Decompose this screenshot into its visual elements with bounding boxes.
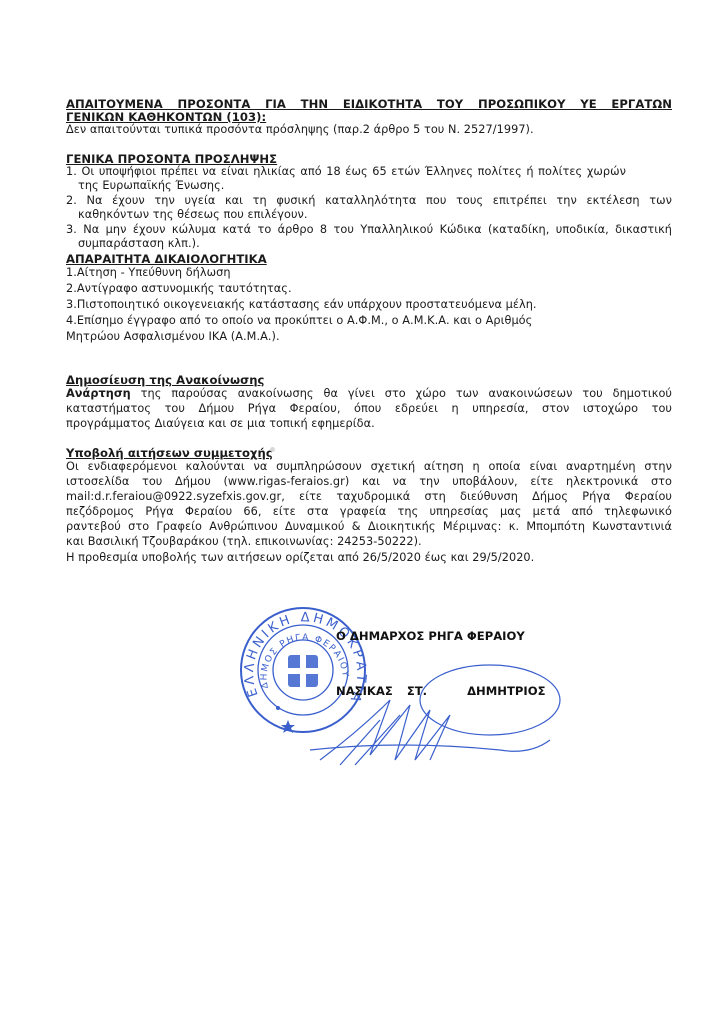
general-line: 3. Να μην έχουν κώλυμα κατά το άρθρο 8 τ…	[66, 223, 672, 237]
publication-heading: Δημοσίευση της Ανακοίνωσης	[66, 373, 264, 387]
general-heading: ΓΕΝΙΚΑ ΠΡΟΣΟΝΤΑ ΠΡΟΣΛΗΨΗΣ	[66, 152, 277, 166]
requirements-heading-line1: ΑΠΑΙΤΟΥΜΕΝΑ ΠΡΟΣΟΝΤΑ ΓΙΑ ΤΗΝ ΕΙΔΙΚΟΤΗΤΑ …	[66, 97, 672, 111]
documents-line: Μητρώου Ασφαλισμένου ΙΚΑ (Α.Μ.Α.).	[66, 330, 280, 344]
general-line: 1. Οι υποψήφιοι πρέπει να είναι ηλικίας …	[66, 165, 626, 179]
requirements-text: Δεν απαιτούνται τυπικά προσόντα πρόσληψη…	[66, 123, 534, 137]
signatory-first-name: ΔΗΜΗΤΡΙΟΣ	[467, 684, 545, 698]
publication-lead: Ανάρτηση	[66, 387, 131, 400]
submission-heading: Υποβολή αιτήσεων συμμετοχής	[66, 446, 273, 460]
submission-line: ιστοσελίδα του Δήμου (www.rigas-feraios.…	[66, 475, 672, 489]
signatory-name: ΝΑΣΙΚΑΣ ΣΤ.ΔΗΜΗΤΡΙΟΣ	[336, 684, 546, 698]
signatory-initial: ΣΤ.	[407, 684, 427, 698]
signatory-surname: ΝΑΣΙΚΑΣ	[336, 684, 393, 698]
submission-line: Οι ενδιαφερόμενοι καλούνται να συμπληρώσ…	[66, 460, 672, 474]
publication-line2: καταστήματος του Δήμου Ρήγα Φεραίου, όπο…	[66, 402, 672, 416]
documents-line: 2.Αντίγραφο αστυνομικής ταυτότητας.	[66, 282, 292, 296]
general-line: 2. Να έχουν την υγεία και τη φυσική κατα…	[66, 194, 672, 208]
publication-line1-rest: της παρούσας ανακοίνωσης θα γίνει στο χώ…	[131, 387, 672, 400]
submission-line: πεζόδρομος Ρήγα Φεραίου 66, είτε στα γρα…	[66, 505, 672, 519]
general-line: της Ευρωπαϊκής Ένωσης.	[78, 179, 224, 193]
publication-line1: Ανάρτηση της παρούσας ανακοίνωσης θα γίν…	[66, 387, 672, 401]
submission-line: mail:d.r.feraiou@0922.syzefxis.gov.gr, ε…	[66, 490, 672, 504]
documents-line: 4.Επίσημο έγγραφο από το οποίο να προκύπ…	[66, 314, 532, 328]
general-line: καθηκόντων της θέσεως που επιλέγουν.	[78, 208, 308, 222]
publication-line3: προγράμματος Διαύγεια και σε μια τοπική …	[66, 417, 375, 431]
general-line: συμπαράσταση κλπ.).	[78, 237, 200, 251]
requirements-heading-line2: ΓΕΝΙΚΩΝ ΚΑΘΗΚΟΝΤΩΝ (103):	[66, 110, 266, 124]
documents-heading: ΑΠΑΡΑΙΤΗΤΑ ΔΙΚΑΙΟΛΟΓΗΤΙΚΑ	[66, 252, 267, 266]
documents-line: 1.Αίτηση - Υπεύθυνη δήλωση	[66, 266, 231, 280]
submission-deadline: Η προθεσμία υποβολής των αιτήσεων ορίζετ…	[66, 551, 534, 565]
documents-line: 3.Πιστοποιητικό οικογενειακής κατάστασης…	[66, 298, 537, 312]
signatory-title: Ο ΔΗΜΑΡΧΟΣ ΡΗΓΑ ΦΕΡΑΙΟΥ	[336, 629, 525, 643]
submission-line: και Βασιλική Τζουβαράκου (τηλ. επικοινων…	[66, 535, 422, 549]
scan-speck	[270, 447, 275, 452]
submission-line: ραντεβού στο Γραφείο Ανθρώπινου Δυναμικο…	[66, 520, 672, 534]
handwritten-signature-icon	[300, 660, 570, 770]
